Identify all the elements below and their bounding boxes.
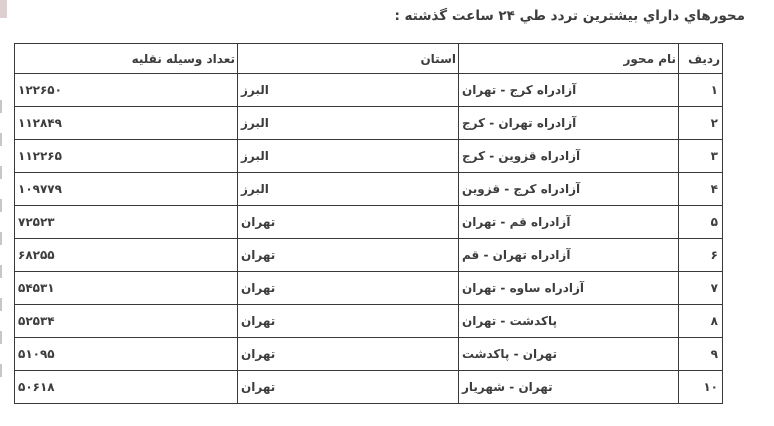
screen-edge-artifact xyxy=(0,100,2,113)
cell-province: البرز xyxy=(238,140,459,173)
cell-row-number: ۸ xyxy=(679,305,723,338)
header-vehicle-count: تعداد وسيله نقليه xyxy=(15,44,238,74)
screen-edge-artifact xyxy=(0,166,2,179)
cell-vehicle-count: ۵۱۰۹۵ xyxy=(15,338,238,371)
screen-edge-artifact xyxy=(0,199,2,212)
cell-province: البرز xyxy=(238,74,459,107)
table-header-row: رديف نام محور استان تعداد وسيله نقليه xyxy=(15,44,723,74)
cell-vehicle-count: ۱۰۹۷۷۹ xyxy=(15,173,238,206)
table-row: ۱آزادراه کرج - تهرانالبرز۱۲۲۶۵۰ xyxy=(15,74,723,107)
screen-edge-artifact xyxy=(0,298,2,311)
header-row-number: رديف xyxy=(679,44,723,74)
page-title: محورهاي داراي بيشترين تردد طي ۲۴ ساعت گذ… xyxy=(394,6,745,26)
cell-province: تهران xyxy=(238,239,459,272)
cell-row-number: ۱۰ xyxy=(679,371,723,404)
cell-province: البرز xyxy=(238,107,459,140)
cell-vehicle-count: ۱۲۲۶۵۰ xyxy=(15,74,238,107)
cell-row-number: ۵ xyxy=(679,206,723,239)
cell-vehicle-count: ۷۲۵۲۳ xyxy=(15,206,238,239)
screen-edge-artifact xyxy=(0,331,2,344)
table-body: ۱آزادراه کرج - تهرانالبرز۱۲۲۶۵۰۲آزادراه … xyxy=(15,74,723,404)
table-row: ۶آزادراه تهران - قمتهران۶۸۲۵۵ xyxy=(15,239,723,272)
cell-province: تهران xyxy=(238,338,459,371)
screen-edge-artifact xyxy=(0,232,2,245)
cell-row-number: ۴ xyxy=(679,173,723,206)
cell-route-name: آزادراه ساوه - تهران xyxy=(459,272,679,305)
traffic-table: رديف نام محور استان تعداد وسيله نقليه ۱آ… xyxy=(14,43,723,404)
screen-edge-artifact xyxy=(0,0,7,18)
cell-route-name: آزادراه قم - تهران xyxy=(459,206,679,239)
cell-route-name: پاکدشت - تهران xyxy=(459,305,679,338)
cell-route-name: آزادراه قزوين - کرج xyxy=(459,140,679,173)
cell-row-number: ۳ xyxy=(679,140,723,173)
cell-vehicle-count: ۵۰۶۱۸ xyxy=(15,371,238,404)
screen-edge-artifact xyxy=(0,265,2,278)
cell-route-name: آزادراه کرج - قزوين xyxy=(459,173,679,206)
cell-province: تهران xyxy=(238,272,459,305)
cell-province: البرز xyxy=(238,173,459,206)
cell-vehicle-count: ۱۱۲۸۴۹ xyxy=(15,107,238,140)
cell-vehicle-count: ۵۲۵۳۴ xyxy=(15,305,238,338)
cell-route-name: تهران - شهريار xyxy=(459,371,679,404)
cell-province: تهران xyxy=(238,305,459,338)
cell-route-name: آزادراه تهران - کرج xyxy=(459,107,679,140)
cell-route-name: تهران - پاکدشت xyxy=(459,338,679,371)
cell-row-number: ۱ xyxy=(679,74,723,107)
cell-row-number: ۹ xyxy=(679,338,723,371)
header-province: استان xyxy=(238,44,459,74)
table-row: ۱۰تهران - شهريارتهران۵۰۶۱۸ xyxy=(15,371,723,404)
cell-row-number: ۷ xyxy=(679,272,723,305)
page: { "page": { "title": "محورهاي داراي بيشت… xyxy=(0,0,774,426)
cell-route-name: آزادراه کرج - تهران xyxy=(459,74,679,107)
table-row: ۲آزادراه تهران - کرجالبرز۱۱۲۸۴۹ xyxy=(15,107,723,140)
table-row: ۵آزادراه قم - تهرانتهران۷۲۵۲۳ xyxy=(15,206,723,239)
header-route-name: نام محور xyxy=(459,44,679,74)
cell-row-number: ۶ xyxy=(679,239,723,272)
cell-province: تهران xyxy=(238,371,459,404)
table-row: ۸پاکدشت - تهرانتهران۵۲۵۳۴ xyxy=(15,305,723,338)
cell-vehicle-count: ۵۴۵۳۱ xyxy=(15,272,238,305)
cell-vehicle-count: ۱۱۲۲۶۵ xyxy=(15,140,238,173)
screen-edge-artifact xyxy=(0,364,2,377)
cell-vehicle-count: ۶۸۲۵۵ xyxy=(15,239,238,272)
table-row: ۹تهران - پاکدشتتهران۵۱۰۹۵ xyxy=(15,338,723,371)
table-row: ۴آزادراه کرج - قزوينالبرز۱۰۹۷۷۹ xyxy=(15,173,723,206)
screen-edge-artifact xyxy=(0,133,2,146)
cell-route-name: آزادراه تهران - قم xyxy=(459,239,679,272)
cell-province: تهران xyxy=(238,206,459,239)
cell-row-number: ۲ xyxy=(679,107,723,140)
table-row: ۳آزادراه قزوين - کرجالبرز۱۱۲۲۶۵ xyxy=(15,140,723,173)
table-row: ۷آزادراه ساوه - تهرانتهران۵۴۵۳۱ xyxy=(15,272,723,305)
